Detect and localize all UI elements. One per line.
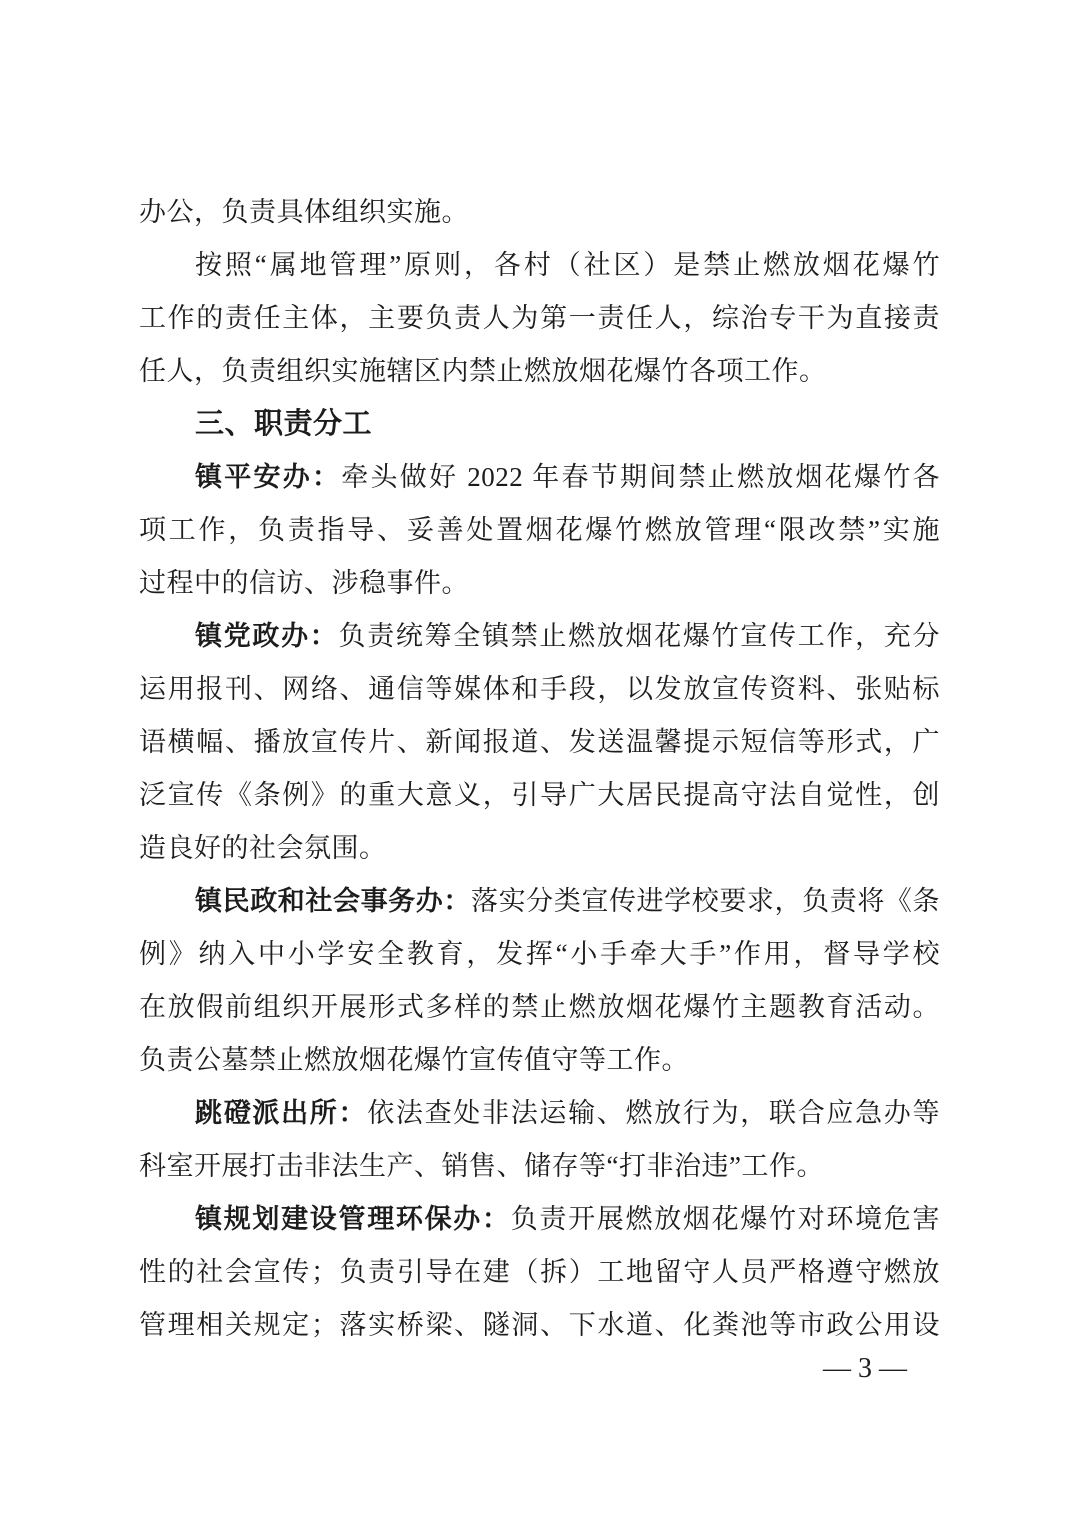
text-line: 镇规划建设管理环保办：负责开展燃放烟花爆竹对环境危害 <box>139 1193 940 1246</box>
text-line: 镇平安办：牵头做好 2022 年春节期间禁止燃放烟花爆竹各 <box>139 451 940 504</box>
line-text: 语横幅、播放宣传片、新闻报道、发送温馨提示短信等形式，广 <box>139 727 940 757</box>
document-body: 办公，负责具体组织实施。按照“属地管理”原则，各村（社区）是禁止燃放烟花爆竹工作… <box>139 186 940 1352</box>
line-text: 任人，负责组织实施辖区内禁止燃放烟花爆竹各项工作。 <box>139 356 827 386</box>
text-line: 在放假前组织开展形式多样的禁止燃放烟花爆竹主题教育活动。 <box>139 981 940 1034</box>
text-line: 泛宣传《条例》的重大意义，引导广大居民提高守法自觉性，创 <box>139 769 940 822</box>
text-line: 例》纳入中小学安全教育，发挥“小手牵大手”作用，督导学校 <box>139 928 940 981</box>
text-line: 运用报刊、网络、通信等媒体和手段，以发放宣传资料、张贴标 <box>139 663 940 716</box>
line-text: 泛宣传《条例》的重大意义，引导广大居民提高守法自觉性，创 <box>139 780 940 810</box>
text-line: 管理相关规定；落实桥梁、隧洞、下水道、化粪池等市政公用设 <box>139 1299 940 1352</box>
line-text: 造良好的社会氛围。 <box>139 833 387 863</box>
paragraph: 按照“属地管理”原则，各村（社区）是禁止燃放烟花爆竹工作的责任主体，主要负责人为… <box>139 239 940 398</box>
line-text: 依法查处非法运输、燃放行为，联合应急办等 <box>367 1098 940 1128</box>
paragraph: 镇平安办：牵头做好 2022 年春节期间禁止燃放烟花爆竹各项工作，负责指导、妥善… <box>139 451 940 610</box>
line-text: 科室开展打击非法生产、销售、储存等“打非治违”工作。 <box>139 1151 824 1181</box>
line-text: 在放假前组织开展形式多样的禁止燃放烟花爆竹主题教育活动。 <box>139 992 940 1022</box>
section-label: 镇民政和社会事务办： <box>195 886 471 916</box>
line-text: 运用报刊、网络、通信等媒体和手段，以发放宣传资料、张贴标 <box>139 674 940 704</box>
line-text: 负责公墓禁止燃放烟花爆竹宣传值守等工作。 <box>139 1045 689 1075</box>
paragraph: 镇民政和社会事务办：落实分类宣传进学校要求，负责将《条例》纳入中小学安全教育，发… <box>139 875 940 1087</box>
text-line: 按照“属地管理”原则，各村（社区）是禁止燃放烟花爆竹 <box>139 239 940 292</box>
paragraph: 跳磴派出所：依法查处非法运输、燃放行为，联合应急办等科室开展打击非法生产、销售、… <box>139 1087 940 1193</box>
text-line: 跳磴派出所：依法查处非法运输、燃放行为，联合应急办等 <box>139 1087 940 1140</box>
line-text: 例》纳入中小学安全教育，发挥“小手牵大手”作用，督导学校 <box>139 939 940 969</box>
text-line: 造良好的社会氛围。 <box>139 822 940 875</box>
section-label: 镇党政办： <box>195 621 339 651</box>
text-line: 过程中的信访、涉稳事件。 <box>139 557 940 610</box>
text-line: 项工作，负责指导、妥善处置烟花爆竹燃放管理“限改禁”实施 <box>139 504 940 557</box>
text-line: 镇党政办：负责统筹全镇禁止燃放烟花爆竹宣传工作，充分 <box>139 610 940 663</box>
text-line: 工作的责任主体，主要负责人为第一责任人，综治专干为直接责 <box>139 292 940 345</box>
text-line: 科室开展打击非法生产、销售、储存等“打非治违”工作。 <box>139 1140 940 1193</box>
paragraph: 镇规划建设管理环保办：负责开展燃放烟花爆竹对环境危害性的社会宣传；负责引导在建（… <box>139 1193 940 1352</box>
line-text: 项工作，负责指导、妥善处置烟花爆竹燃放管理“限改禁”实施 <box>139 515 940 545</box>
section-heading: 三、职责分工 <box>139 398 940 451</box>
section-label: 跳磴派出所： <box>195 1098 367 1128</box>
line-text: 工作的责任主体，主要负责人为第一责任人，综治专干为直接责 <box>139 303 940 333</box>
line-text: 性的社会宣传；负责引导在建（拆）工地留守人员严格遵守燃放 <box>139 1257 940 1287</box>
text-line: 三、职责分工 <box>139 398 940 451</box>
line-text: 过程中的信访、涉稳事件。 <box>139 568 469 598</box>
line-text: 按照“属地管理”原则，各村（社区）是禁止燃放烟花爆竹 <box>195 250 940 280</box>
text-line: 负责公墓禁止燃放烟花爆竹宣传值守等工作。 <box>139 1034 940 1087</box>
paragraph: 镇党政办：负责统筹全镇禁止燃放烟花爆竹宣传工作，充分运用报刊、网络、通信等媒体和… <box>139 610 940 875</box>
line-text: 管理相关规定；落实桥梁、隧洞、下水道、化粪池等市政公用设 <box>139 1310 940 1340</box>
section-label: 镇平安办： <box>195 462 341 492</box>
text-line: 性的社会宣传；负责引导在建（拆）工地留守人员严格遵守燃放 <box>139 1246 940 1299</box>
page-footer: — 3 — <box>823 1349 907 1389</box>
page-number: — 3 — <box>823 1353 907 1384</box>
line-text: 落实分类宣传进学校要求，负责将《条 <box>471 886 940 916</box>
document-page: 办公，负责具体组织实施。按照“属地管理”原则，各村（社区）是禁止燃放烟花爆竹工作… <box>0 0 1074 1520</box>
text-line: 办公，负责具体组织实施。 <box>139 186 940 239</box>
heading-text: 三、职责分工 <box>195 408 372 440</box>
text-line: 语横幅、播放宣传片、新闻报道、发送温馨提示短信等形式，广 <box>139 716 940 769</box>
line-text: 负责统筹全镇禁止燃放烟花爆竹宣传工作，充分 <box>339 621 941 651</box>
text-line: 镇民政和社会事务办：落实分类宣传进学校要求，负责将《条 <box>139 875 940 928</box>
text-line: 任人，负责组织实施辖区内禁止燃放烟花爆竹各项工作。 <box>139 345 940 398</box>
section-label: 镇规划建设管理环保办： <box>195 1204 511 1234</box>
line-text: 负责开展燃放烟花爆竹对环境危害 <box>511 1204 940 1234</box>
line-text: 办公，负责具体组织实施。 <box>139 197 469 227</box>
paragraph: 办公，负责具体组织实施。 <box>139 186 940 239</box>
line-text: 牵头做好 2022 年春节期间禁止燃放烟花爆竹各 <box>341 462 940 492</box>
